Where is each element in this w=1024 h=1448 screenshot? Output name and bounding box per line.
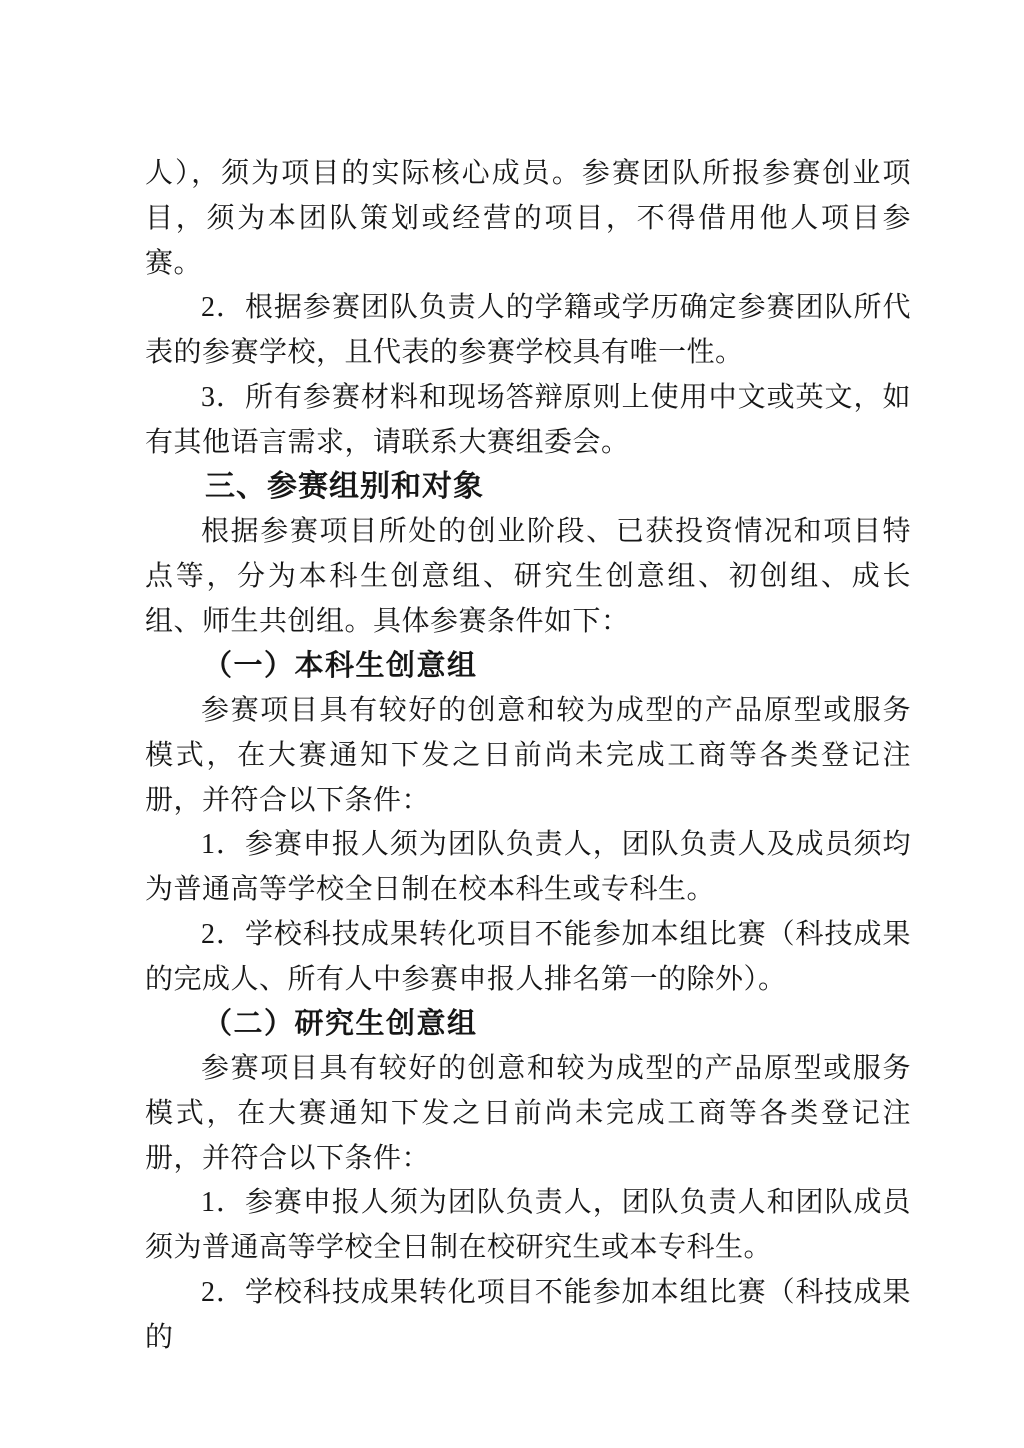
body-paragraph: 2．根据参赛团队负责人的学籍或学历确定参赛团队所代表的参赛学校，且代表的参赛学校… — [145, 286, 911, 376]
body-paragraph: 2．学校科技成果转化项目不能参加本组比赛（科技成果的 — [145, 1271, 911, 1361]
body-paragraph: 人），须为项目的实际核心成员。参赛团队所报参赛创业项目，须为本团队策划或经营的项… — [145, 152, 911, 286]
group-heading: （二）研究生创意组 — [145, 1002, 911, 1047]
section-heading: 三、参赛组别和对象 — [145, 465, 911, 510]
body-paragraph: 3．所有参赛材料和现场答辩原则上使用中文或英文，如有其他语言需求，请联系大赛组委… — [145, 376, 911, 466]
document-page: 人），须为项目的实际核心成员。参赛团队所报参赛创业项目，须为本团队策划或经营的项… — [0, 0, 1024, 1448]
group-heading: （一）本科生创意组 — [145, 644, 911, 689]
body-paragraph: 1．参赛申报人须为团队负责人，团队负责人和团队成员须为普通高等学校全日制在校研究… — [145, 1181, 911, 1271]
body-paragraph: 2．学校科技成果转化项目不能参加本组比赛（科技成果的完成人、所有人中参赛申报人排… — [145, 913, 911, 1003]
text-column: 人），须为项目的实际核心成员。参赛团队所报参赛创业项目，须为本团队策划或经营的项… — [145, 152, 911, 1360]
body-paragraph: 参赛项目具有较好的创意和较为成型的产品原型或服务模式，在大赛通知下发之日前尚未完… — [145, 689, 911, 823]
body-paragraph: 根据参赛项目所处的创业阶段、已获投资情况和项目特点等，分为本科生创意组、研究生创… — [145, 510, 911, 644]
body-paragraph: 1．参赛申报人须为团队负责人，团队负责人及成员须均为普通高等学校全日制在校本科生… — [145, 823, 911, 913]
body-paragraph: 参赛项目具有较好的创意和较为成型的产品原型或服务模式，在大赛通知下发之日前尚未完… — [145, 1047, 911, 1181]
